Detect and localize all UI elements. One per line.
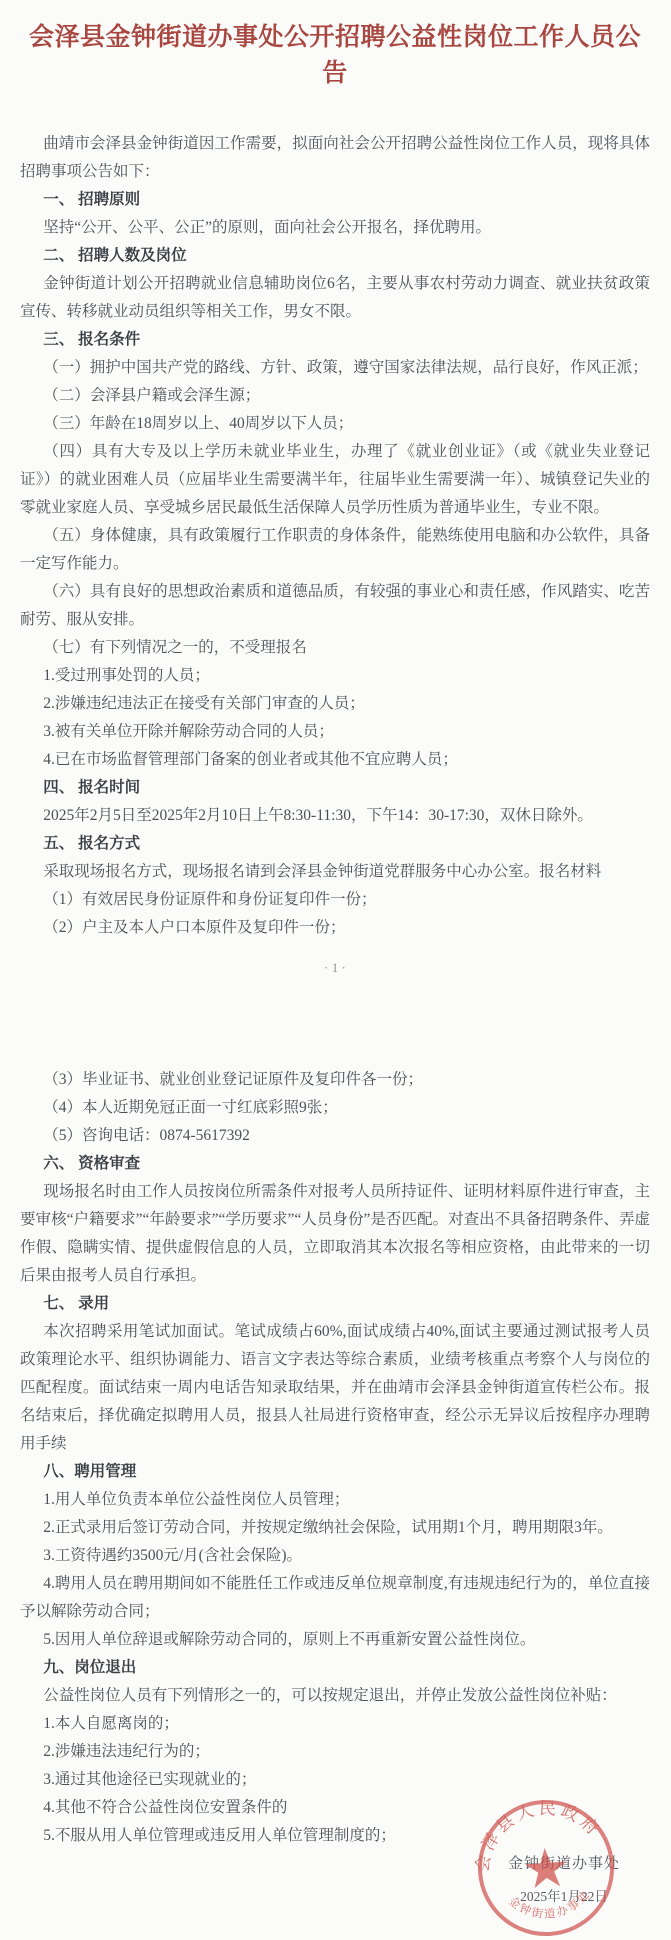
doc-heading: 三、 报名条件	[20, 326, 650, 354]
doc-heading: 五、 报名方式	[20, 830, 650, 858]
doc-para: 2.涉嫌违法违纪行为的；	[20, 1738, 650, 1766]
doc-para: （4）本人近期免冠正面一寸红底彩照9张；	[20, 1094, 650, 1122]
doc-para: 1.受过刑事处罚的人员；	[20, 662, 650, 690]
doc-para: （四）具有大专及以上学历未就业毕业生，办理了《就业创业证》（或《就业失业登记证》…	[20, 438, 650, 522]
doc-para: 3.通过其他途径已实现就业的；	[20, 1766, 650, 1794]
doc-para: 曲靖市会泽县金钟街道因工作需要，拟面向社会公开招聘公益性岗位工作人员，现将具体招…	[20, 130, 650, 186]
doc-para: 2.正式录用后签订劳动合同，并按规定缴纳社会保险，试用期1个月，聘用期限3年。	[20, 1514, 650, 1542]
doc-heading: 一、 招聘原则	[20, 186, 650, 214]
doc-para: （五）身体健康，具有政策履行工作职责的身体条件，能熟练使用电脑和办公软件，具备一…	[20, 522, 650, 578]
doc-para: （七）有下列情况之一的，不受理报名	[20, 634, 650, 662]
doc-para: 现场报名时由工作人员按岗位所需条件对报考人员所持证件、证明材料原件进行审查，主要…	[20, 1178, 650, 1290]
doc-para: 1.用人单位负责本单位公益性岗位人员管理；	[20, 1486, 650, 1514]
doc-para: 3.被有关单位开除并解除劳动合同的人员；	[20, 718, 650, 746]
doc-para: 1.本人自愿离岗的；	[20, 1710, 650, 1738]
document-body-area: 会泽县金钟街道办事处公开招聘公益性岗位工作人员公告 曲靖市会泽县金钟街道因工作需…	[20, 0, 650, 1850]
doc-para: 3.工资待遇约3500元/月(含社会保险)。	[20, 1542, 650, 1570]
doc-para: 采取现场报名方式，现场报名请到会泽县金钟街道党群服务中心办公室。报名材料	[20, 858, 650, 886]
doc-para: 金钟街道计划公开招聘就业信息辅助岗位6名，主要从事农村劳动力调查、就业扶贫政策宣…	[20, 270, 650, 326]
doc-para: （一）拥护中国共产党的路线、方针、政策，遵守国家法律法规，品行良好，作风正派；	[20, 354, 650, 382]
doc-para: （3）毕业证书、就业创业登记证原件及复印件各一份；	[20, 1066, 650, 1094]
doc-para: 2.涉嫌违纪违法正在接受有关部门审查的人员；	[20, 690, 650, 718]
doc-heading: 二、 招聘人数及岗位	[20, 242, 650, 270]
doc-para: （1）有效居民身份证原件和身份证复印件一份；	[20, 886, 650, 914]
doc-pagenum: · 1 ·	[20, 956, 650, 980]
document-title: 会泽县金钟街道办事处公开招聘公益性岗位工作人员公告	[20, 20, 650, 92]
doc-para: 2025年2月5日至2025年2月10日上午8:30-11:30，下午14：30…	[20, 802, 650, 830]
official-seal: 会泽县人民政府 ★ 金钟街道办事处	[470, 1792, 622, 1940]
doc-heading: 四、 报名时间	[20, 774, 650, 802]
doc-heading: 七、 录用	[20, 1290, 650, 1318]
doc-para: 5.因用人单位辞退或解除劳动合同的，原则上不再重新安置公益性岗位。	[20, 1626, 650, 1654]
doc-para: 4.聘用人员在聘用期间如不能胜任工作或违反单位规章制度,有违规违纪行为的，单位直…	[20, 1570, 650, 1626]
doc-para: 坚持“公开、公平、公正”的原则，面向社会公开报名，择优聘用。	[20, 214, 650, 242]
announcement-document: 会泽县金钟街道办事处公开招聘公益性岗位工作人员公告 曲靖市会泽县金钟街道因工作需…	[0, 0, 671, 1940]
seal-star-icon: ★	[520, 1835, 573, 1901]
doc-heading: 六、 资格审查	[20, 1150, 650, 1178]
doc-para: 本次招聘采用笔试加面试。笔试成绩占60%,面试成绩占40%,面试主要通过测试报考…	[20, 1318, 650, 1458]
doc-para: （三）年龄在18周岁以上、40周岁以下人员；	[20, 410, 650, 438]
doc-para: （2）户主及本人户口本原件及复印件一份；	[20, 914, 650, 942]
doc-para: 公益性岗位人员有下列情形之一的，可以按规定退出，并停止发放公益性岗位补贴：	[20, 1682, 650, 1710]
doc-para: 4.已在市场监督管理部门备案的创业者或其他不宜应聘人员；	[20, 746, 650, 774]
doc-gap	[20, 980, 650, 1066]
doc-heading: 八、聘用管理	[20, 1458, 650, 1486]
doc-heading: 九、岗位退出	[20, 1654, 650, 1682]
doc-para: （二）会泽县户籍或会泽生源；	[20, 382, 650, 410]
doc-para: （5）咨询电话：0874-5617392	[20, 1122, 650, 1150]
document-text: 曲靖市会泽县金钟街道因工作需要，拟面向社会公开招聘公益性岗位工作人员，现将具体招…	[20, 130, 650, 1850]
doc-para: （六）具有良好的思想政治素质和道德品质，有较强的事业心和责任感，作风踏实、吃苦耐…	[20, 578, 650, 634]
